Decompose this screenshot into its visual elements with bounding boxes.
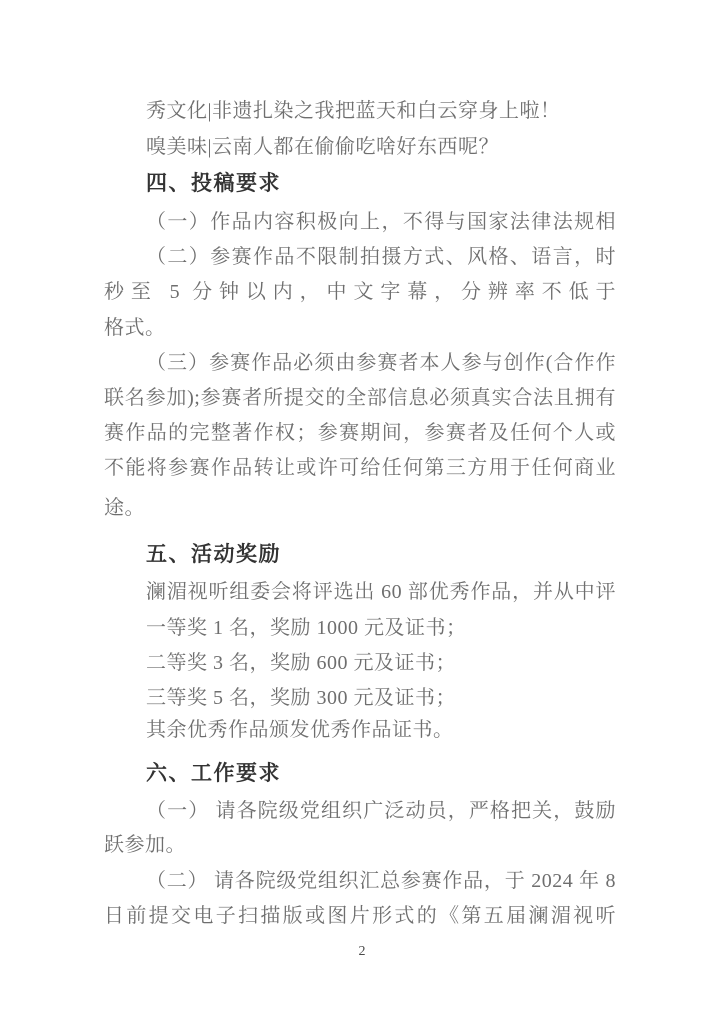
carryover-line: 嗅美味|云南人都在偷偷吃啥好东西呢？	[104, 129, 616, 166]
doc-text-line: 秒至 5 分钟以内，中文字幕，分辨率不低于 1920*1080,MP4	[104, 274, 616, 311]
doc-text-line: 赛作品的完整著作权；参赛期间，参赛者及任何个人或组织	[104, 415, 616, 452]
section-heading-work-requirements: 六、工作要求	[104, 756, 616, 793]
doc-text-line: 联名参加);参赛者所提交的全部信息必须真实合法且拥有参	[104, 380, 616, 417]
doc-text-line: （二）参赛作品不限制拍摄方式、风格、语言，时长 30	[104, 239, 616, 276]
doc-text-line: 澜湄视听组委会将评选出 60 部优秀作品，并从中评定：	[104, 574, 616, 611]
doc-text-line: （一）作品内容积极向上，不得与国家法律法规相抵触。	[104, 204, 616, 241]
doc-text-line: （一） 请各院级党组织广泛动员，严格把关，鼓励师生踊	[104, 793, 616, 830]
doc-text-line: 格式。	[104, 310, 616, 347]
doc-text-line: 跃参加。	[104, 827, 616, 864]
doc-text-line: （三）参赛作品必须由参赛者本人参与创作(合作作者可	[104, 345, 616, 382]
doc-text-line: 二等奖 3 名，奖励 600 元及证书；	[104, 645, 616, 682]
doc-text-line: 其余优秀作品颁发优秀作品证书。	[104, 712, 616, 749]
doc-text-line: 途。	[104, 490, 616, 527]
section-heading-submission-requirements: 四、投稿要求	[104, 166, 616, 203]
page-number: 2	[0, 941, 724, 963]
doc-text-line: 不能将参赛作品转让或许可给任何第三方用于任何商业用	[104, 450, 616, 487]
doc-text-line: （二） 请各院级党组织汇总参赛作品，于 2024 年 8 月 29	[104, 863, 616, 900]
carryover-line: 秀文化|非遗扎染之我把蓝天和白云穿身上啦！	[104, 93, 616, 130]
document-page: 秀文化|非遗扎染之我把蓝天和白云穿身上啦！ 嗅美味|云南人都在偷偷吃啥好东西呢？…	[0, 0, 724, 1024]
doc-text-line: 一等奖 1 名，奖励 1000 元及证书；	[104, 610, 616, 647]
section-heading-activity-awards: 五、活动奖励	[104, 537, 616, 574]
doc-text-line: 日前提交电子扫描版或图片形式的《第五届澜湄视听周“Z 世	[104, 898, 616, 935]
